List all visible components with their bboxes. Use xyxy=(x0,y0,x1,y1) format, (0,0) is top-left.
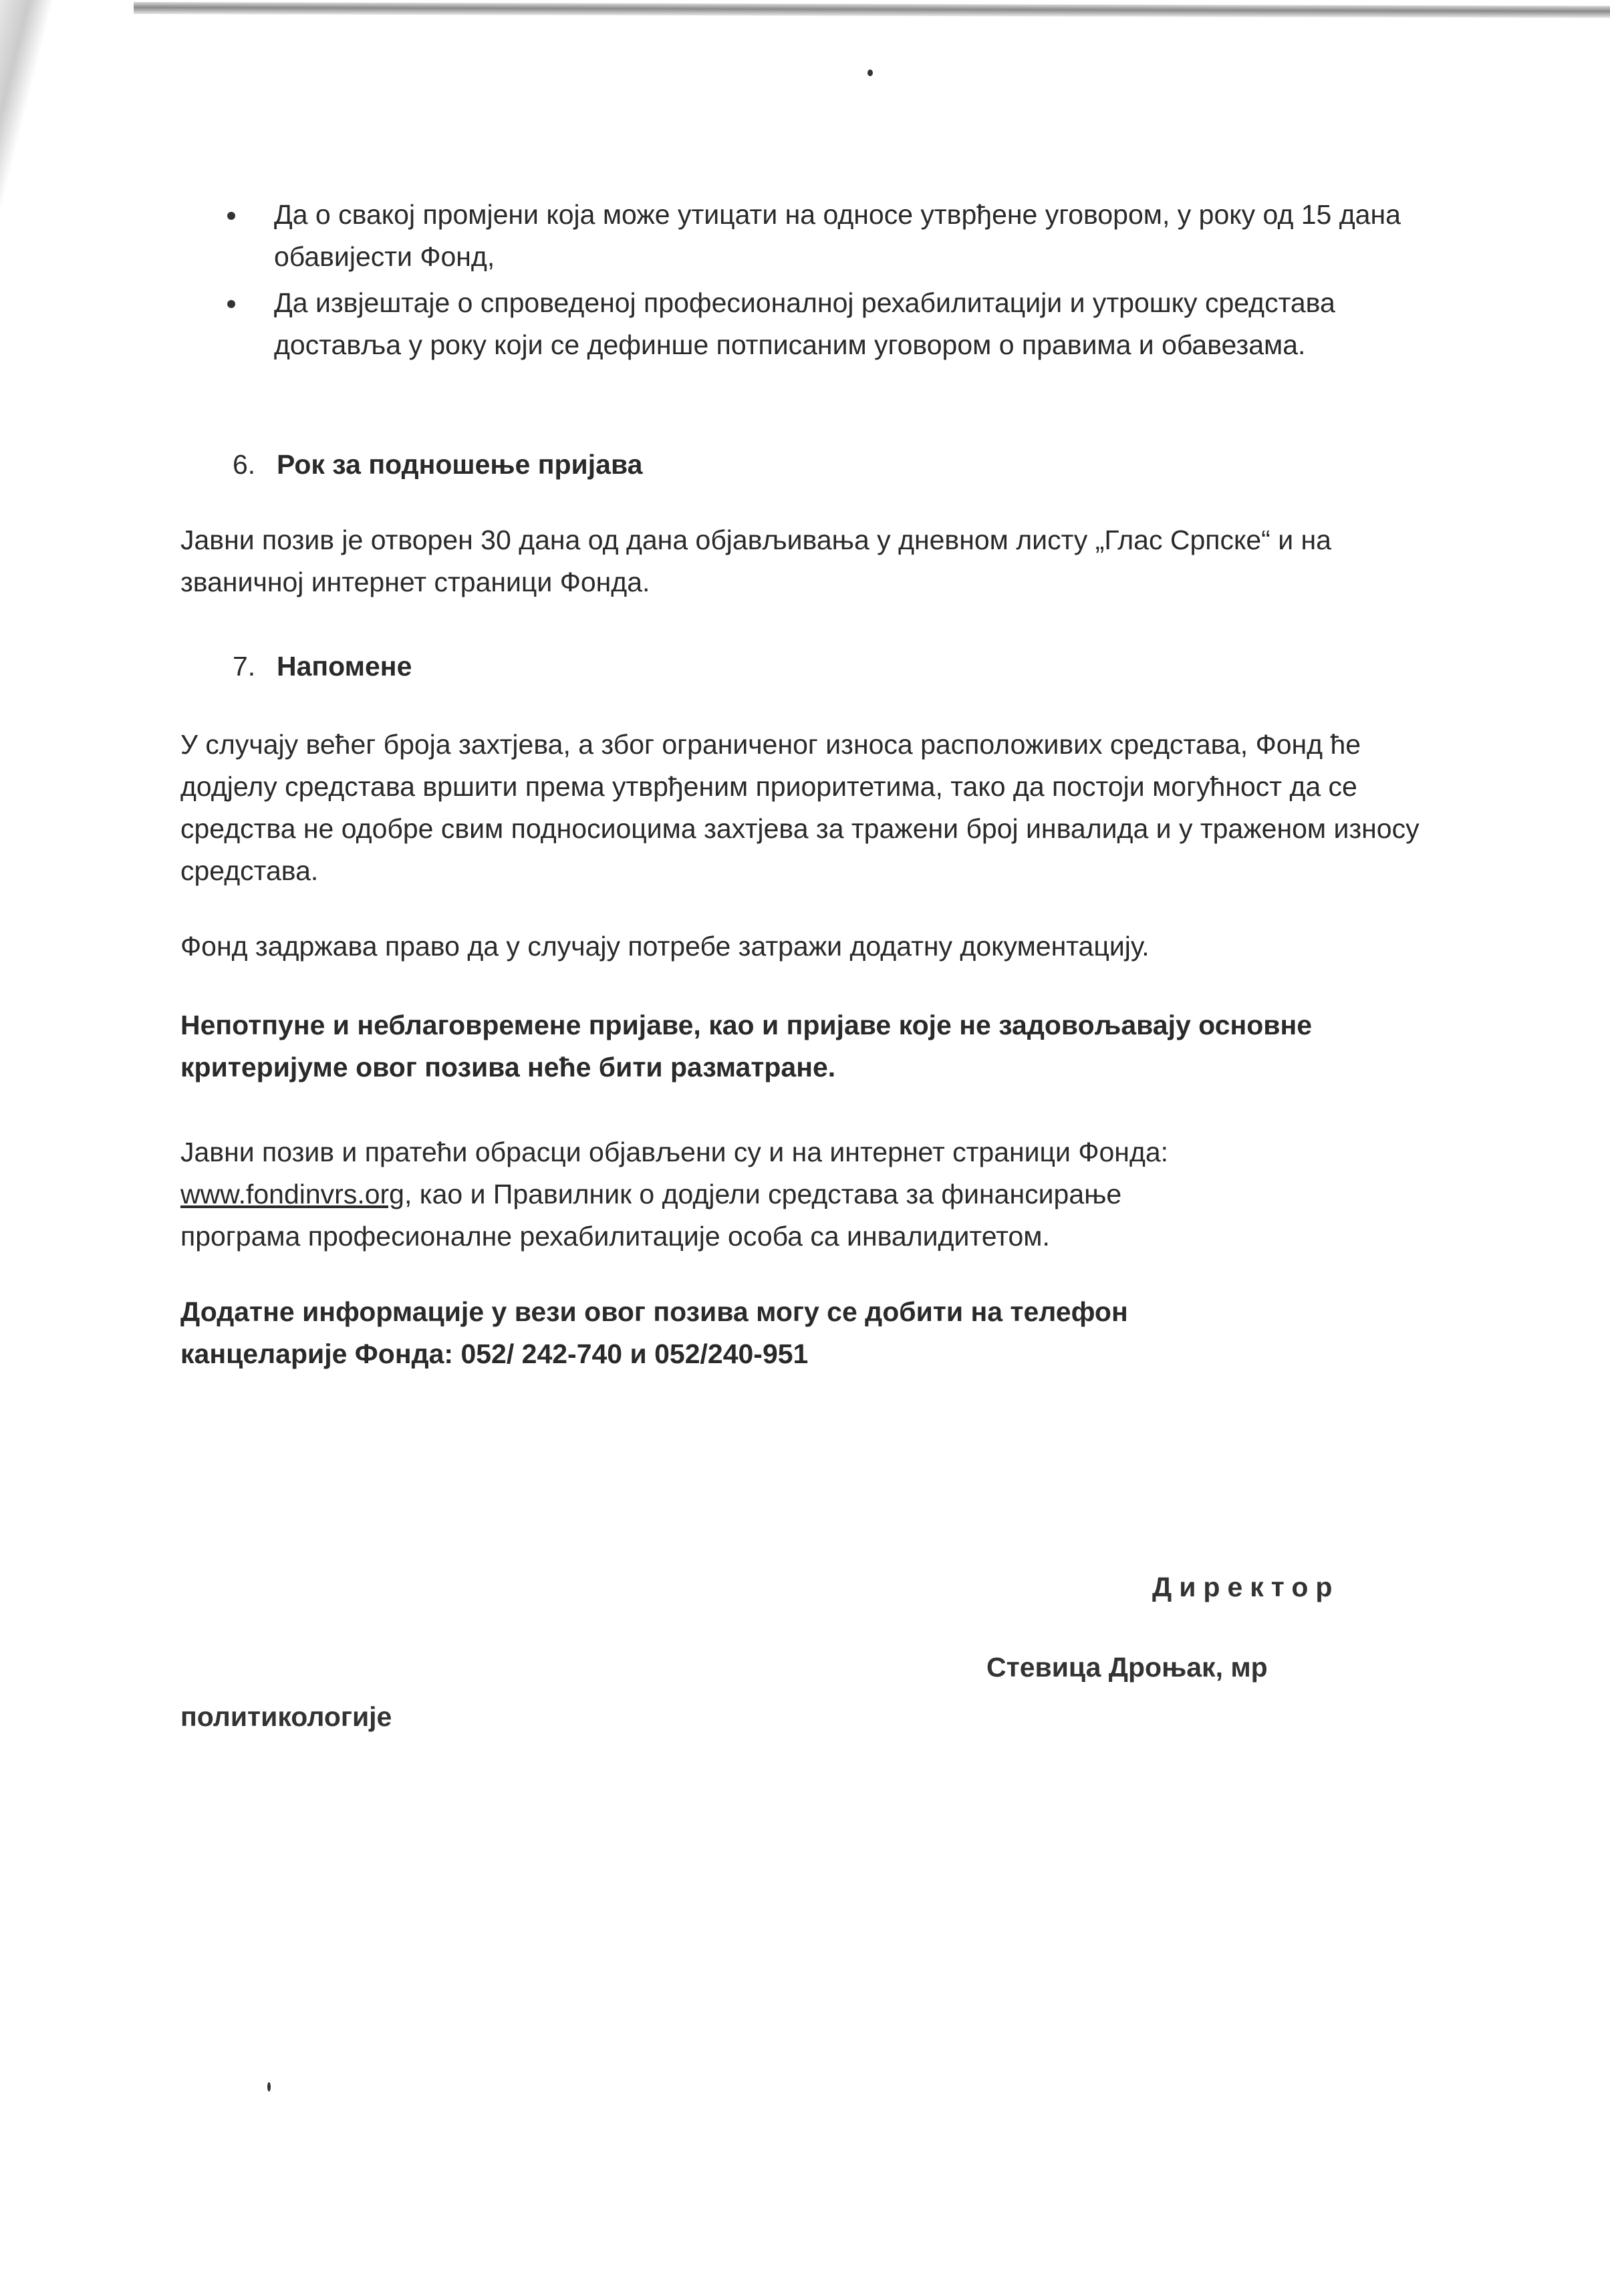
list-item: Да о свакој промјени која може утицати н… xyxy=(226,194,1429,278)
scan-speck xyxy=(267,2082,271,2092)
section-title: Напомене xyxy=(277,651,412,682)
list-item-text: Да извјештаје о спроведеној професионалн… xyxy=(274,282,1410,366)
signature-title: Директор xyxy=(1152,1566,1339,1608)
notes-contact-info: Додатне информације у вези овог позива м… xyxy=(180,1291,1424,1375)
signature-degree: политикологије xyxy=(180,1696,392,1738)
signature-name: Стевица Дроњак, мр xyxy=(986,1646,1268,1689)
bullet-icon xyxy=(227,212,235,220)
bullet-icon xyxy=(227,300,235,308)
notes-paragraph-2: Фонд задржава право да у случају потребе… xyxy=(180,925,1424,968)
contact-phones: канцеларије Фонда: 052/ 242-740 и 052/24… xyxy=(180,1338,808,1369)
list-item: Да извјештаје о спроведеној професионалн… xyxy=(226,282,1429,366)
section-title: Рок за подношење пријава xyxy=(277,449,642,480)
section-7-heading: 7.Напомене xyxy=(233,646,412,686)
notes-paragraph-warning: Непотпуне и неблаговремене пријаве, као … xyxy=(180,1004,1410,1089)
obligations-list: Да о свакој промјени која може утицати н… xyxy=(226,194,1429,370)
list-item-text: Да о свакој промјени која може утицати н… xyxy=(274,194,1424,278)
notes-paragraph-website: Јавни позив и пратећи обрасци објављени … xyxy=(180,1131,1196,1258)
fund-website-link[interactable]: www.fondinvrs.org xyxy=(180,1179,404,1209)
website-text-before: Јавни позив и пратећи обрасци објављени … xyxy=(180,1137,1168,1167)
notes-paragraph-1: У случају већег броја захтјева, а због о… xyxy=(180,724,1424,892)
section-6-heading: 6.Рок за подношење пријава xyxy=(233,444,642,484)
section-6-body: Јавни позив је отворен 30 дана од дана о… xyxy=(180,519,1424,603)
section-number: 7. xyxy=(233,646,277,686)
section-number: 6. xyxy=(233,444,277,484)
scan-edge-left xyxy=(0,0,53,221)
scan-edge-top xyxy=(134,2,1610,18)
scan-speck xyxy=(867,69,873,76)
contact-line-1: Додатне информације у вези овог позива м… xyxy=(180,1296,1128,1327)
